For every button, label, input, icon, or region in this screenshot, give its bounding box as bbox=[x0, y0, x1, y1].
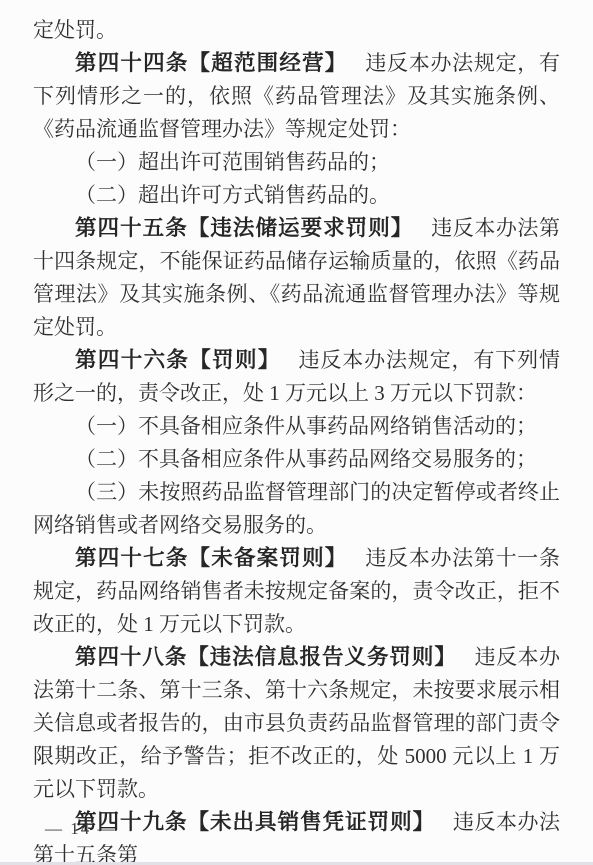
page-number: — 14 — bbox=[45, 819, 117, 839]
article-paragraph: 第四十七条【未备案罚则】违反本办法第十一条规定，药品网络销售者未按规定备案的，责… bbox=[33, 542, 560, 641]
list-item-paragraph: （二）不具备相应条件从事药品网络交易服务的； bbox=[33, 443, 560, 476]
article-heading: 第四十四条【超范围经营】 bbox=[75, 51, 348, 75]
list-item-paragraph: （一）超出许可范围销售药品的； bbox=[33, 146, 560, 179]
article-paragraph: 第四十四条【超范围经营】违反本办法规定，有下列情形之一的，依照《药品管理法》及其… bbox=[33, 47, 560, 146]
article-heading: 第四十七条【未备案罚则】 bbox=[75, 546, 348, 570]
article-heading: 第四十九条【未出具销售凭证罚则】 bbox=[75, 810, 435, 834]
list-item-paragraph: （三）未按照药品监督管理部门的决定暂停或者终止网络销售或者网络交易服务的。 bbox=[33, 476, 560, 542]
article-heading: 第四十八条【违法信息报告义务罚则】 bbox=[75, 645, 457, 669]
list-item-paragraph: （二）超出许可方式销售药品的。 bbox=[33, 179, 560, 212]
document-page: 定处罚。第四十四条【超范围经营】违反本办法规定，有下列情形之一的，依照《药品管理… bbox=[0, 0, 593, 865]
article-heading: 第四十五条【违法储运要求罚则】 bbox=[75, 216, 413, 240]
article-heading: 第四十六条【罚则】 bbox=[75, 348, 281, 372]
continuation-paragraph: 定处罚。 bbox=[33, 14, 560, 47]
article-paragraph: 第四十六条【罚则】违反本办法规定，有下列情形之一的，责令改正，处 1 万元以上 … bbox=[33, 344, 560, 410]
article-paragraph: 第四十八条【违法信息报告义务罚则】违反本办法第十二条、第十三条、第十六条规定，未… bbox=[33, 641, 560, 806]
list-item-paragraph: （一）不具备相应条件从事药品网络销售活动的； bbox=[33, 410, 560, 443]
document-body: 定处罚。第四十四条【超范围经营】违反本办法规定，有下列情形之一的，依照《药品管理… bbox=[0, 0, 593, 865]
article-paragraph: 第四十五条【违法储运要求罚则】违反本办法第十四条规定，不能保证药品储存运输质量的… bbox=[33, 212, 560, 344]
